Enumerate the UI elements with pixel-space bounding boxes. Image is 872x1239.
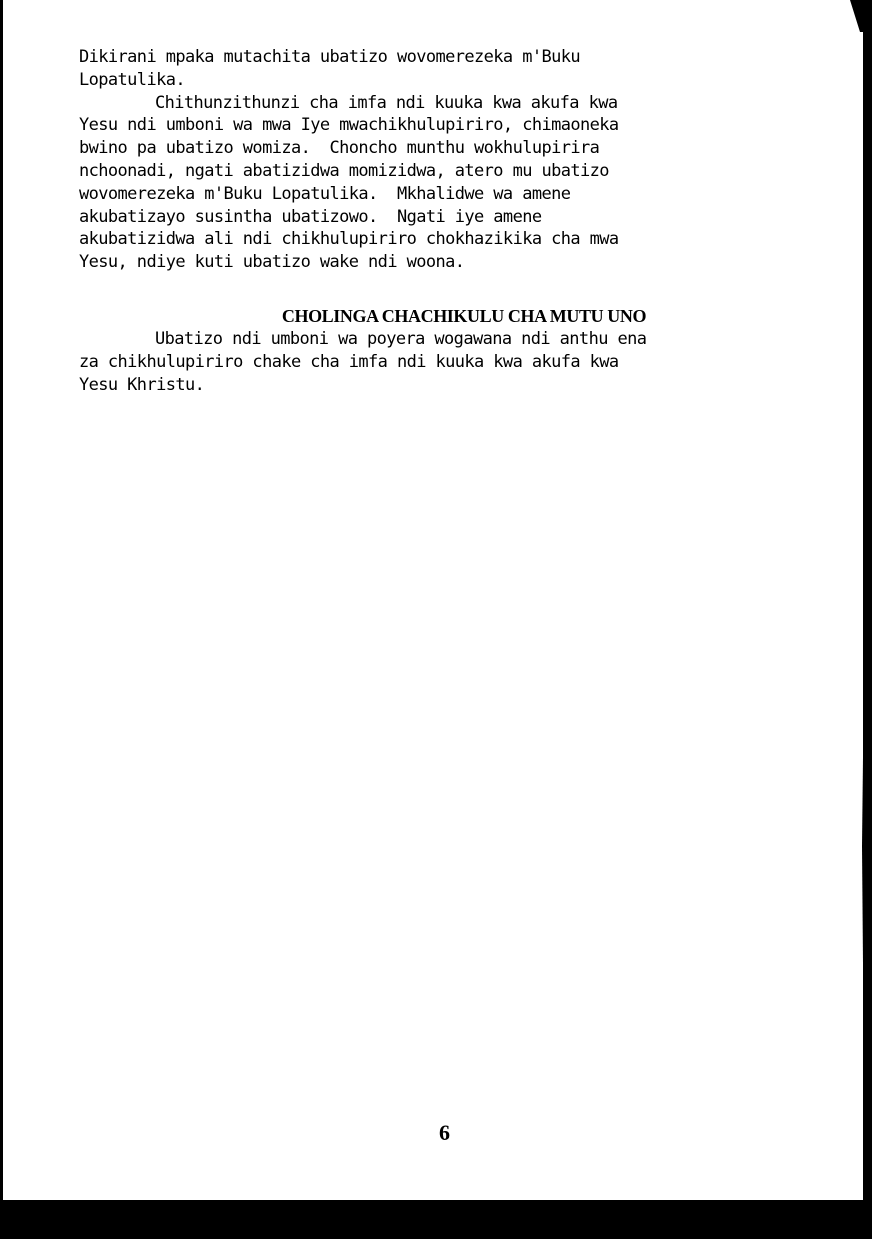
text-line: Yesu ndi umboni wa mwa Iye mwachikhulupi… — [79, 114, 819, 137]
binding-shadow-top — [850, 0, 872, 32]
page-number: 6 — [439, 1120, 450, 1146]
paragraph-2: Chithunzithunzi cha imfa ndi kuuka kwa a… — [79, 92, 819, 274]
page-body: Dikirani mpaka mutachita ubatizo wovomer… — [79, 46, 819, 396]
text-line: Dikirani mpaka mutachita ubatizo wovomer… — [79, 46, 819, 69]
text-line: bwino pa ubatizo womiza. Choncho munthu … — [79, 137, 819, 160]
section-heading: CHOLINGA CHACHIKULU CHA MUTU UNO — [79, 304, 819, 328]
paragraph-1: Dikirani mpaka mutachita ubatizo wovomer… — [79, 46, 819, 92]
text-line: nchoonadi, ngati abatizidwa momizidwa, a… — [79, 160, 819, 183]
text-line: Ubatizo ndi umboni wa poyera wogawana nd… — [79, 328, 819, 351]
text-line: Yesu Khristu. — [79, 374, 819, 397]
paragraph-spacer — [79, 274, 819, 298]
text-line: Yesu, ndiye kuti ubatizo wake ndi woona. — [79, 251, 819, 274]
paragraph-3: Ubatizo ndi umboni wa poyera wogawana nd… — [79, 328, 819, 396]
scanned-page: Dikirani mpaka mutachita ubatizo wovomer… — [3, 0, 863, 1200]
text-line: akubatizayo susintha ubatizowo. Ngati iy… — [79, 206, 819, 229]
text-line: akubatizidwa ali ndi chikhulupiriro chok… — [79, 228, 819, 251]
binding-shadow-edge — [862, 318, 872, 1198]
text-line: Chithunzithunzi cha imfa ndi kuuka kwa a… — [79, 92, 819, 115]
text-line: za chikhulupiriro chake cha imfa ndi kuu… — [79, 351, 819, 374]
text-line: wovomerezeka m'Buku Lopatulika. Mkhalidw… — [79, 183, 819, 206]
text-line: Lopatulika. — [79, 69, 819, 92]
